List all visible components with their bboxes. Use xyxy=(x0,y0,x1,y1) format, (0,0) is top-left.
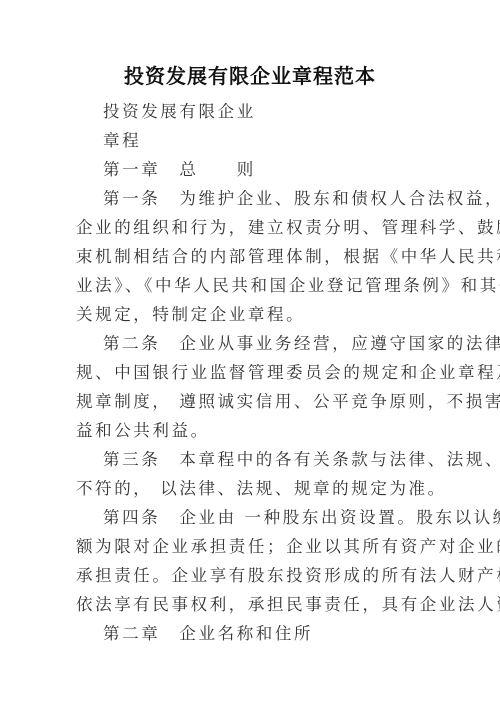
chapter-2-heading: 第二章 企业名称和住所 xyxy=(76,619,428,648)
article-3-line-1: 第三条 本章程中的各有关条款与法律、法规、规章 xyxy=(76,445,428,474)
article-1-line-1: 第一条 为维护企业、股东和债权人合法权益，规范 xyxy=(76,184,428,213)
article-1-line-3: 束机制相结合的内部管理体制，根据《中华人民共和国企 xyxy=(76,242,428,271)
article-1-line-2: 企业的组织和行为，建立权责分明、管理科学、鼓励和约 xyxy=(76,213,428,242)
article-2-line-4: 益和公共利益。 xyxy=(76,416,428,445)
charter-label-line: 章程 xyxy=(76,126,428,155)
article-4-line-2: 额为限对企业承担责任；企业以其所有资产对企业的债务 xyxy=(76,532,428,561)
document-body: 投资发展有限企业 章程 第一章 总 则 第一条 为维护企业、股东和债权人合法权益… xyxy=(76,97,428,648)
article-4-line-1: 第四条 企业由 一种股东出资设置。股东以认缴出资 xyxy=(76,503,428,532)
article-4-line-3: 承担责任。企业享有股东投资形成的所有法人财产权，并 xyxy=(76,561,428,590)
document-title: 投资发展有限企业章程范本 xyxy=(0,60,500,89)
company-name-line: 投资发展有限企业 xyxy=(76,97,428,126)
article-3-line-2: 不符的， 以法律、法规、规章的规定为准。 xyxy=(76,474,428,503)
chapter-1-heading: 第一章 总 则 xyxy=(76,155,428,184)
article-4-line-4: 依法享有民事权利，承担民事责任，具有企业法人资格。 xyxy=(76,590,428,619)
article-2-line-3: 规章制度， 遵照诚实信用、公平竞争原则，不损害国家利 xyxy=(76,387,428,416)
article-1-line-5: 关规定，特制定企业章程。 xyxy=(76,300,428,329)
article-1-line-4: 业法》、《中华人民共和国企业登记管理条例》和其他有 xyxy=(76,271,428,300)
article-2-line-1: 第二条 企业从事业务经营，应遵守国家的法律、法 xyxy=(76,329,428,358)
document-page: 投资发展有限企业章程范本 投资发展有限企业 章程 第一章 总 则 第一条 为维护… xyxy=(0,0,500,707)
article-2-line-2: 规、中国银行业监督管理委员会的规定和企业章程及其他 xyxy=(76,358,428,387)
